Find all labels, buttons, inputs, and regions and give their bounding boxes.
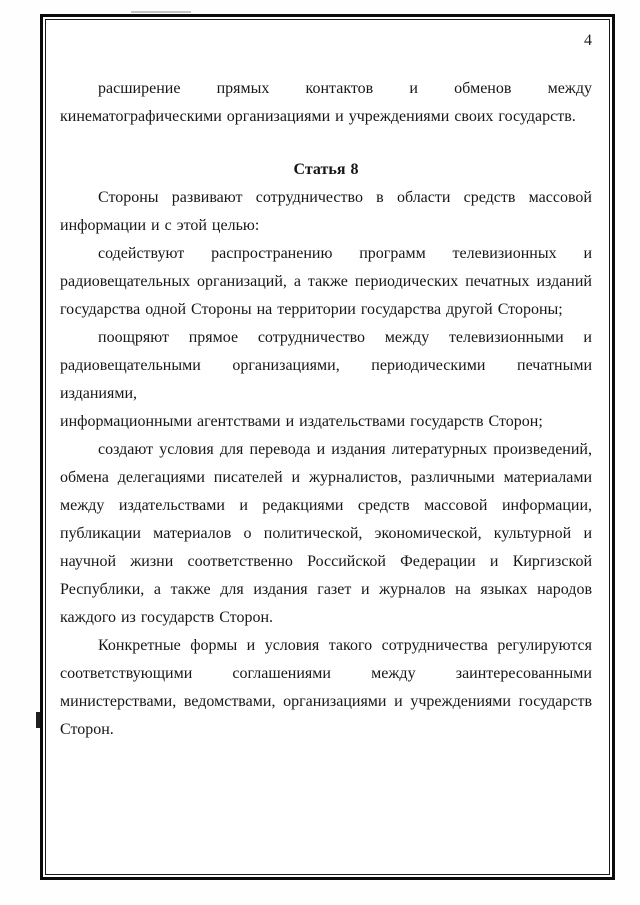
text-line: информации и с этой целью: (60, 212, 592, 240)
paragraph: поощряют прямое сотрудничество между тел… (60, 324, 592, 436)
text-line: Статья 8 (60, 156, 592, 184)
text-line: обмена делегациями писателей и журналист… (60, 464, 592, 492)
text-line: содействуют распространению программ тел… (60, 240, 592, 268)
text-line: радиовещательными организациями, периоди… (60, 352, 592, 408)
text-line: кинематографическими организациями и учр… (60, 103, 592, 131)
text-line: информационными агентствами и издательст… (60, 408, 592, 436)
text-line: каждого из государств Сторон. (60, 604, 592, 632)
text-line: публикации материалов о политической, эк… (60, 520, 592, 548)
paragraph: создают условия для перевода и издания л… (60, 436, 592, 632)
scan-noise-mark (131, 11, 191, 13)
text-line: между издательствами и редакциями средст… (60, 492, 592, 520)
text-line: научной жизни соответственно Российской … (60, 548, 592, 576)
paragraph: Стороны развивают сотрудничество в облас… (60, 184, 592, 240)
text-line: Конкретные формы и условия такого сотруд… (60, 632, 592, 660)
page-border-frame: 4 расширение прямых контактов и обменов … (40, 14, 615, 880)
text-line: создают условия для перевода и издания л… (60, 436, 592, 464)
text-line: расширение прямых контактов и обменов ме… (60, 75, 592, 103)
paragraph: расширение прямых контактов и обменов ме… (60, 75, 592, 131)
scan-artifact-mark (36, 712, 40, 728)
text-line: соответствующими соглашениями между заин… (60, 660, 592, 688)
paragraph: Конкретные формы и условия такого сотруд… (60, 632, 592, 744)
text-line: Стороны развивают сотрудничество в облас… (60, 184, 592, 212)
article-heading: Статья 8 (60, 156, 592, 184)
page-content: 4 расширение прямых контактов и обменов … (60, 17, 592, 877)
paragraph: содействуют распространению программ тел… (60, 240, 592, 324)
document-text: расширение прямых контактов и обменов ме… (60, 75, 592, 744)
text-line: Сторон. (60, 716, 592, 744)
scanned-document-page: 4 расширение прямых контактов и обменов … (0, 0, 640, 905)
text-line: поощряют прямое сотрудничество между тел… (60, 324, 592, 352)
text-line: Республики, а также для издания газет и … (60, 576, 592, 604)
text-line: министерствами, ведомствами, организация… (60, 688, 592, 716)
text-line: государства одной Стороны на территории … (60, 296, 592, 324)
page-number: 4 (60, 31, 592, 51)
text-line: радиовещательных организаций, а также пе… (60, 268, 592, 296)
